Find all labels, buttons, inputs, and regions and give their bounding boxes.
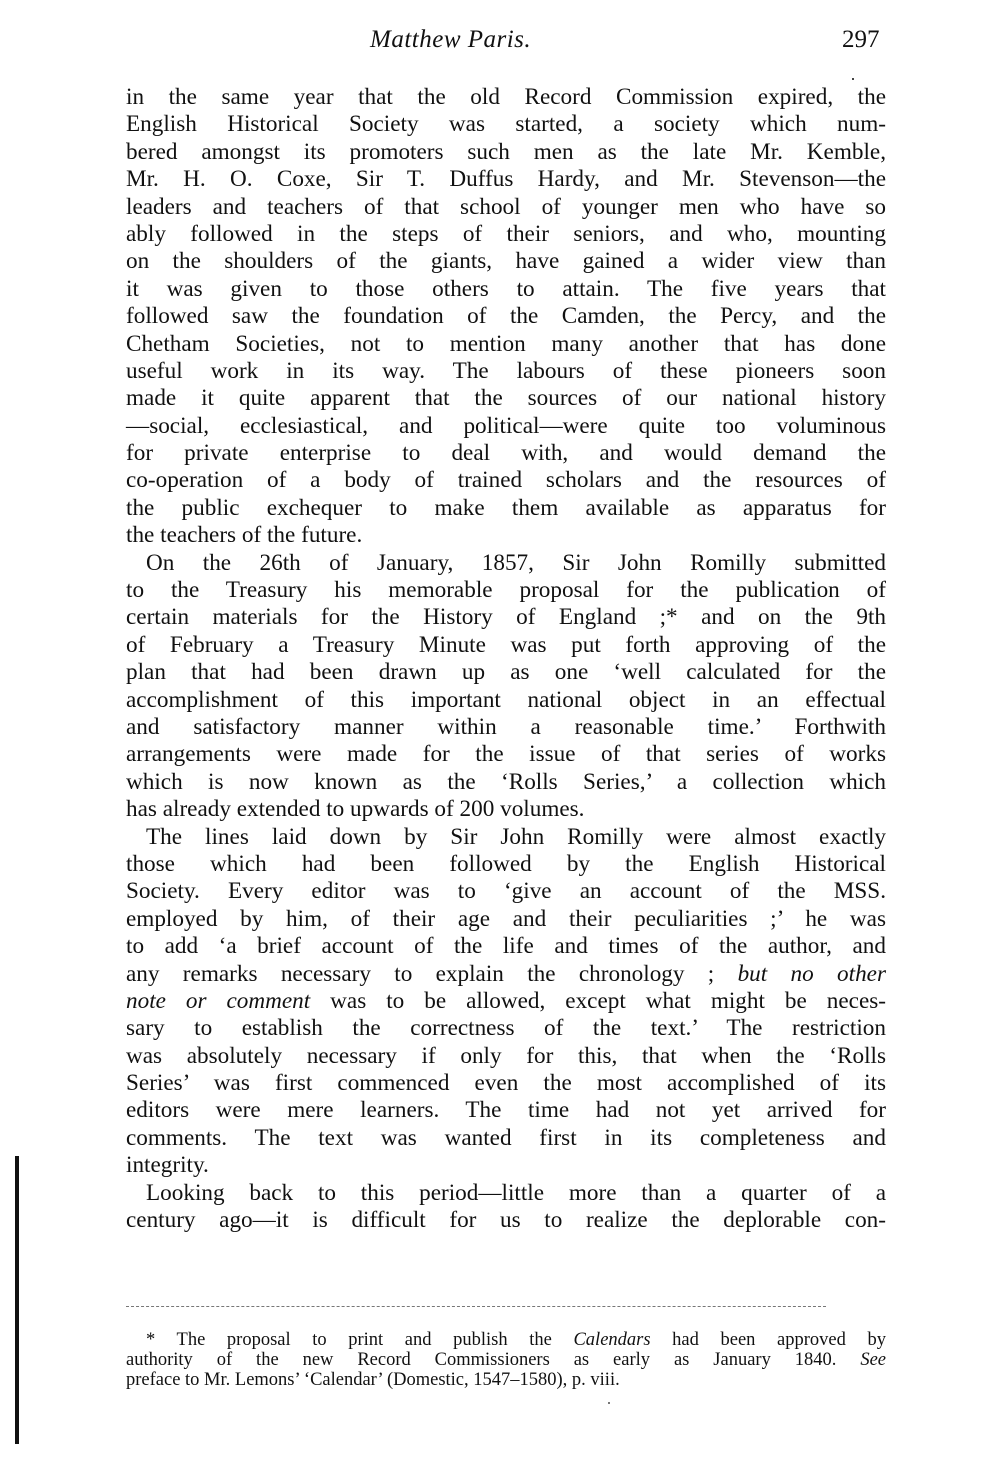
paragraph-1: in the same year that the old Record Com…: [126, 84, 886, 550]
text-run: authority of the new Record Commissioner…: [126, 1350, 860, 1370]
text-line: bered amongst its promoters such men as …: [126, 139, 886, 166]
text-line: Series’ was first commenced even the mos…: [126, 1070, 886, 1097]
footnote-line: preface to Mr. Lemons’ ‘Calendar’ (Domes…: [126, 1370, 886, 1390]
text-line: Mr. H. O. Coxe, Sir T. Duffus Hardy, and…: [126, 166, 886, 193]
text-line: comments. The text was wanted first in i…: [126, 1125, 886, 1152]
footnote: * The proposal to print and publish the …: [126, 1330, 886, 1390]
text-line: accomplishment of this important nationa…: [126, 687, 886, 714]
text-line: has already extended to upwards of 200 v…: [126, 796, 886, 823]
text-line: the teachers of the future.: [126, 522, 886, 549]
scan-edge-line: [15, 1156, 19, 1444]
footnote-line: authority of the new Record Commissioner…: [126, 1350, 886, 1370]
text-line: The lines laid down by Sir John Romilly …: [126, 824, 886, 851]
text-line: On the 26th of January, 1857, Sir John R…: [126, 550, 886, 577]
text-line: made it quite apparent that the sources …: [126, 385, 886, 412]
text-line: arrangements were made for the issue of …: [126, 741, 886, 768]
italic-phrase: See: [860, 1350, 886, 1370]
text-line: integrity.: [126, 1152, 886, 1179]
text-line: editors were mere learners. The time had…: [126, 1097, 886, 1124]
text-line: it was given to those others to attain. …: [126, 276, 886, 303]
running-title: Matthew Paris.: [370, 26, 531, 54]
text-line: which is now known as the ‘Rolls Series,…: [126, 769, 886, 796]
text-line: sary to establish the correctness of the…: [126, 1015, 886, 1042]
text-line: followed saw the foundation of the Camde…: [126, 303, 886, 330]
page-number: 297: [842, 26, 880, 54]
text-line: leaders and teachers of that school of y…: [126, 194, 886, 221]
paragraph-2: On the 26th of January, 1857, Sir John R…: [126, 550, 886, 824]
text-line: useful work in its way. The labours of t…: [126, 358, 886, 385]
text-run: * The proposal to print and publish the: [146, 1330, 573, 1350]
text-line: certain materials for the History of Eng…: [126, 604, 886, 631]
text-line: on the shoulders of the giants, have gai…: [126, 248, 886, 275]
text-line: those which had been followed by the Eng…: [126, 851, 886, 878]
footnote-line: * The proposal to print and publish the …: [126, 1330, 886, 1350]
text-line: —social, ecclesiastical, and political—w…: [126, 413, 886, 440]
scan-speck: [608, 1402, 610, 1404]
scan-speck: [852, 78, 854, 80]
paragraph-3: The lines laid down by Sir John Romilly …: [126, 824, 886, 1180]
text-run: was to be allowed, except what might be …: [310, 988, 886, 1014]
text-line: co-operation of a body of trained schola…: [126, 467, 886, 494]
text-line: ably followed in the steps of their seni…: [126, 221, 886, 248]
body-text: in the same year that the old Record Com…: [126, 84, 886, 1234]
text-line: Chetham Societies, not to mention many a…: [126, 331, 886, 358]
text-line: the public exchequer to make them availa…: [126, 495, 886, 522]
italic-phrase: note or comment: [126, 988, 310, 1014]
text-line: century ago—it is difficult for us to re…: [126, 1207, 886, 1234]
text-line: plan that had been drawn up as one ‘well…: [126, 659, 886, 686]
text-line: was absolutely necessary if only for thi…: [126, 1043, 886, 1070]
text-line: to add ‘a brief account of the life and …: [126, 933, 886, 960]
text-line: to the Treasury his memorable proposal f…: [126, 577, 886, 604]
italic-phrase: but no other: [738, 961, 886, 987]
text-line: in the same year that the old Record Com…: [126, 84, 886, 111]
text-line: Looking back to this period—little more …: [126, 1180, 886, 1207]
text-line: of February a Treasury Minute was put fo…: [126, 632, 886, 659]
footnote-rule: [126, 1306, 826, 1307]
italic-phrase: Calendars: [573, 1330, 650, 1350]
text-line-with-italic: note or comment was to be allowed, excep…: [126, 988, 886, 1015]
paragraph-4: Looking back to this period—little more …: [126, 1180, 886, 1235]
running-head: Matthew Paris. 297: [0, 26, 1000, 62]
text-line: employed by him, of their age and their …: [126, 906, 886, 933]
text-run: had been approved by: [651, 1330, 886, 1350]
text-line: for private enterprise to deal with, and…: [126, 440, 886, 467]
text-line: English Historical Society was started, …: [126, 111, 886, 138]
text-line: Society. Every editor was to ‘give an ac…: [126, 878, 886, 905]
text-line-with-italic: any remarks necessary to explain the chr…: [126, 961, 886, 988]
text-line: and satisfactory manner within a reasona…: [126, 714, 886, 741]
text-run: any remarks necessary to explain the chr…: [126, 961, 714, 987]
